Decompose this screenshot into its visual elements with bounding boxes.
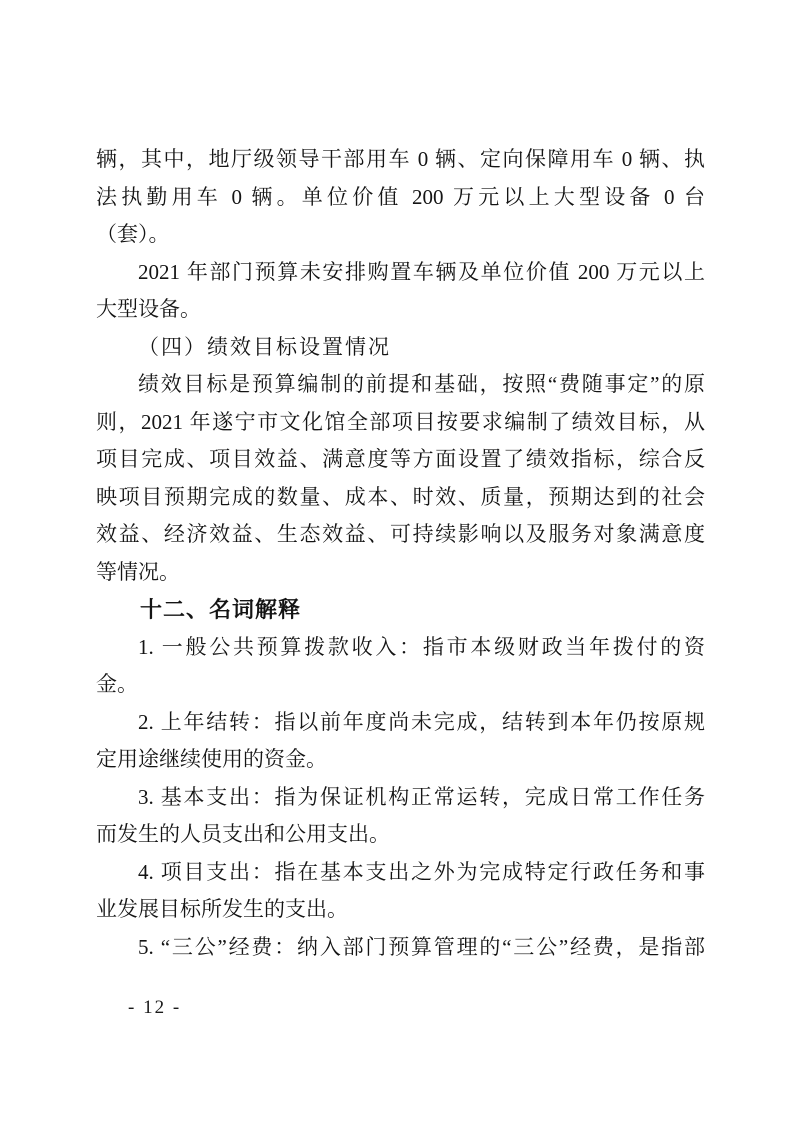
glossary-item-3: 3. 基本支出：指为保证机构正常运转，完成日常工作任务 而发生的人员支出和公用支…: [96, 779, 705, 854]
text-line: 而发生的人员支出和公用支出。: [96, 816, 705, 854]
text-line: 绩效目标是预算编制的前提和基础，按照“费随事定”的原: [96, 366, 705, 404]
paragraph-performance-description: 绩效目标是预算编制的前提和基础，按照“费随事定”的原 则，2021 年遂宁市文化…: [96, 366, 705, 591]
paragraph-no-new-purchases: 2021 年部门预算未安排购置车辆及单位价值 200 万元以上 大型设备。: [96, 254, 705, 329]
text-line: 等情况。: [96, 554, 705, 592]
text-line: 5. “三公”经费：纳入部门预算管理的“三公”经费，是指部: [96, 929, 705, 967]
text-line: 金。: [96, 666, 705, 704]
text-line: 项目完成、项目效益、满意度等方面设置了绩效指标，综合反: [96, 441, 705, 479]
heading-text: 十二、名词解释: [96, 591, 705, 629]
text-line: 4. 项目支出：指在基本支出之外为完成特定行政任务和事: [96, 854, 705, 892]
glossary-item-1: 1. 一般公共预算拨款收入：指市本级财政当年拨付的资 金。: [96, 629, 705, 704]
text-line: （套）。: [96, 216, 705, 254]
text-line: 2021 年部门预算未安排购置车辆及单位价值 200 万元以上: [96, 254, 705, 292]
subheading-performance-targets: （四）绩效目标设置情况: [96, 329, 705, 367]
text-line: 大型设备。: [96, 291, 705, 329]
text-line: 业发展目标所发生的支出。: [96, 891, 705, 929]
glossary-item-4: 4. 项目支出：指在基本支出之外为完成特定行政任务和事 业发展目标所发生的支出。: [96, 854, 705, 929]
text-line: 辆，其中，地厅级领导干部用车 0 辆、定向保障用车 0 辆、执: [96, 141, 705, 179]
text-line: 定用途继续使用的资金。: [96, 741, 705, 779]
text-line: 映项目预期完成的数量、成本、时效、质量，预期达到的社会: [96, 479, 705, 517]
text-line: 法执勤用车 0 辆。单位价值 200 万元以上大型设备 0 台: [96, 179, 705, 217]
text-line: 1. 一般公共预算拨款收入：指市本级财政当年拨付的资: [96, 629, 705, 667]
document-page: 辆，其中，地厅级领导干部用车 0 辆、定向保障用车 0 辆、执 法执勤用车 0 …: [0, 0, 793, 1122]
text-line: 2. 上年结转：指以前年度尚未完成，结转到本年仍按原规: [96, 704, 705, 742]
glossary-item-5: 5. “三公”经费：纳入部门预算管理的“三公”经费，是指部: [96, 929, 705, 967]
heading-glossary: 十二、名词解释: [96, 591, 705, 629]
document-body: 辆，其中，地厅级领导干部用车 0 辆、定向保障用车 0 辆、执 法执勤用车 0 …: [96, 141, 705, 966]
text-line: 则，2021 年遂宁市文化馆全部项目按要求编制了绩效目标，从: [96, 404, 705, 442]
text-line: 3. 基本支出：指为保证机构正常运转，完成日常工作任务: [96, 779, 705, 817]
paragraph-vehicles-continued: 辆，其中，地厅级领导干部用车 0 辆、定向保障用车 0 辆、执 法执勤用车 0 …: [96, 141, 705, 254]
glossary-item-2: 2. 上年结转：指以前年度尚未完成，结转到本年仍按原规 定用途继续使用的资金。: [96, 704, 705, 779]
subheading-text: （四）绩效目标设置情况: [96, 329, 705, 367]
page-number: - 12 -: [128, 997, 181, 1019]
text-line: 效益、经济效益、生态效益、可持续影响以及服务对象满意度: [96, 516, 705, 554]
